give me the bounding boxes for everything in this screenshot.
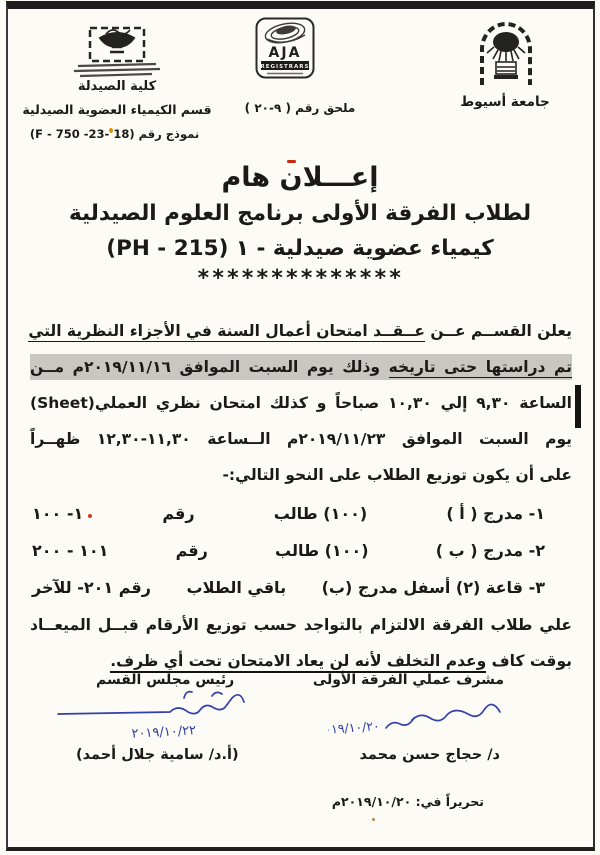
tan-scan-dot	[372, 818, 375, 821]
handwritten-date: ٢٠١٩/١٠/٢٠	[328, 718, 380, 737]
department-head-role-label: رئيس مجلس القسم	[96, 672, 234, 688]
pharmacy-cup-icon	[100, 30, 134, 52]
announcement-title: إعـــلان هام	[0, 162, 600, 193]
student-distribution-list: ١- مدرج ( أ ) (١٠٠) طالب رقم ١- ١٠٠ ٢- م…	[32, 497, 545, 608]
count-cell: باقي الطلاب	[187, 571, 287, 605]
range-cell: ١- ١٠٠	[32, 497, 83, 531]
supervisor-role-label: مشرف عملي الفرقة الأولى	[313, 672, 504, 688]
body-line-1: يعلن القســم عــن عــقــد امتحان أعمال ا…	[30, 314, 572, 350]
supervisor-name: د/ حجاج حسن محمد	[360, 747, 500, 763]
faculty-stamp-block: ISO/9001:2008	[50, 8, 184, 78]
aja-registrars-logo: AJA REGISTRARS	[251, 17, 315, 79]
underlined-text: عــقــد امتحان أعمال السنة في الأجزاء ال…	[28, 322, 425, 342]
svg-text:ISO/9001:2008: ISO/9001:2008	[50, 8, 55, 11]
hall-cell: ٢- مدرج ( ب )	[436, 534, 545, 568]
stars-divider: **************	[0, 266, 600, 291]
underlined-text: تم دراستها حتى تاريخه	[389, 358, 572, 378]
department-head-signature: ٢٠١٩/١٠/٢٢	[44, 688, 254, 750]
body-line-3: الساعة ٩,٣٠ إلي ١٠,٣٠ صباحاً و كذلك امتح…	[30, 386, 572, 422]
issue-date: تحريراً في: ٢٠١٩/١٠/٢٠م	[332, 794, 484, 809]
stamp-small-text-lines	[74, 64, 160, 76]
hall-cell: ٣- قاعة (٢) أسفل مدرج (ب)	[322, 571, 545, 605]
range-cell: ١٠١ - ٢٠٠	[32, 534, 108, 568]
orange-scan-speck	[109, 128, 113, 133]
distribution-row: ٢- مدرج ( ب ) (١٠٠) طالب رقم ١٠١ - ٢٠٠	[32, 534, 545, 571]
aja-letters: AJA	[269, 45, 302, 61]
distribution-row: ٣- قاعة (٢) أسفل مدرج (ب) باقي الطلاب رق…	[32, 571, 545, 608]
supervisor-signature: ٢٠١٩/١٠/٢٠	[328, 694, 508, 742]
form-number: نموذج رقم (18 -23- 750 - F)	[12, 127, 217, 141]
signature-scribble-icon	[386, 704, 500, 728]
iso-arc-text: ISO/9001:2008	[50, 8, 55, 11]
aja-registrars-text: REGISTRARS	[261, 64, 310, 70]
instructions-paragraph: علي طلاب الفرقة الالتزام بالتواجد حسب تو…	[30, 608, 572, 680]
scanned-announcement-document: ISO/9001:2008 كلية الصيدلة قسم الكيمياء …	[0, 0, 600, 855]
count-cell: (١٠٠) طالب	[274, 497, 368, 531]
instruction-line-1: علي طلاب الفرقة الالتزام بالتواجد حسب تو…	[30, 608, 572, 644]
count-cell: (١٠٠) طالب	[275, 534, 369, 568]
department-head-name: (أ.د/ سامية جلال أحمد)	[76, 747, 239, 763]
university-name: جامعة أسيوط	[452, 94, 558, 110]
aja-logo-icon: AJA REGISTRARS	[255, 17, 315, 79]
department-name: قسم الكيمياء العضوية الصيدلية	[22, 102, 212, 117]
signature-scribble-icon	[58, 692, 244, 714]
hall-cell: ١- مدرج ( أ )	[446, 497, 545, 531]
body-line-5: على أن يكون توزيع الطلاب على النحو التال…	[30, 458, 572, 494]
announcement-body: يعلن القســم عــن عــقــد امتحان أعمال ا…	[30, 314, 572, 494]
iso-9001-logo: ISO/9001:2008	[50, 8, 184, 78]
faculty-name: كلية الصيدلة	[55, 79, 179, 94]
assiut-university-logo	[470, 15, 540, 89]
body-line-2-highlighted: تم دراستها حتى تاريخه وذلك يوم السبت الم…	[30, 350, 572, 386]
number-label-cell: رقم	[176, 534, 208, 568]
range-cell: رقم ٢٠١- للآخر	[32, 571, 151, 605]
scan-bar-artifact	[575, 385, 581, 428]
course-title: كيمياء عضوية صيدلية - ١ (PH - 215)	[0, 236, 600, 261]
underlined-warning: وعدم التخلف لأنه لن يعاد الامتحان تحت أي…	[110, 652, 486, 673]
appendix-number: ملحق رقم ( ٩-٢٠ )	[238, 101, 362, 115]
distribution-row: ١- مدرج ( أ ) (١٠٠) طالب رقم ١- ١٠٠	[32, 497, 545, 534]
announcement-subtitle: لطلاب الفرقة الأولى برنامج العلوم الصيدل…	[0, 201, 600, 226]
number-label-cell: رقم	[162, 497, 194, 531]
university-emblem-icon	[472, 15, 540, 89]
body-line-4: يوم السبت الموافق ٢٠١٩/١١/٢٣م الــساعة ١…	[30, 422, 572, 458]
handwritten-date: ٢٠١٩/١٠/٢٢	[131, 723, 196, 741]
